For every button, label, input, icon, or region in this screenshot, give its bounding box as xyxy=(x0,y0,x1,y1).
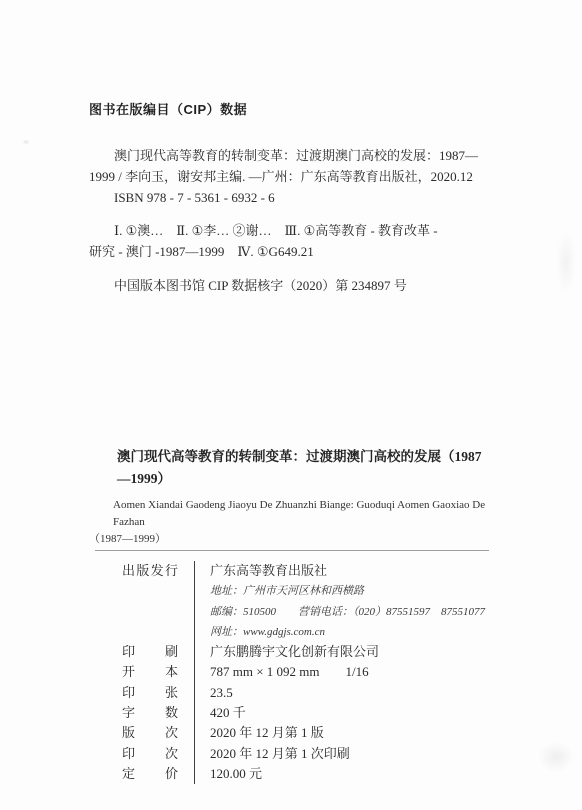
row-label: 印张 xyxy=(122,683,178,703)
book-title-pinyin-line2: （1987—1999） xyxy=(89,531,493,548)
table-row-postcode-phone: 邮编：510500 营销电话：（020）87551597 87551077 xyxy=(122,602,493,622)
book-title-chinese: 澳门现代高等教育的转制变革：过渡期澳门高校的发展（1987—1999） xyxy=(89,446,493,490)
row-value: 120.00 元 xyxy=(195,764,262,784)
row-value: 网址：www.gdgjs.com.cn xyxy=(195,622,325,642)
row-value: 地址：广州市天河区林和西横路 xyxy=(195,581,364,601)
table-row-format: 开本 787 mm × 1 092 mm 1/16 xyxy=(122,662,493,682)
row-label: 开本 xyxy=(122,662,178,682)
row-label: 出版发行 xyxy=(122,561,178,581)
cip-description-line2: 1999 / 李向玉，谢安邦主编. —广州：广东高等教育出版社，2020.12 xyxy=(89,166,493,187)
book-copyright-page: 图书在版编目（CIP）数据 澳门现代高等教育的转制变革：过渡期澳门高校的发展：1… xyxy=(0,0,582,810)
row-label: 印次 xyxy=(122,744,178,764)
row-value: 2020 年 12 月第 1 次印刷 xyxy=(195,744,350,764)
cip-description-line1: 澳门现代高等教育的转制变革：过渡期澳门高校的发展：1987— xyxy=(89,145,493,166)
cip-classification-line1: Ⅰ. ①澳… Ⅱ. ①李… ②谢… Ⅲ. ①高等教育 - 教育改革 - xyxy=(89,220,493,241)
colophon-table: 出版发行 广东高等教育出版社 地址：广州市天河区林和西横路 邮编：510500 … xyxy=(122,561,493,784)
cip-classification-block: Ⅰ. ①澳… Ⅱ. ①李… ②谢… Ⅲ. ①高等教育 - 教育改革 - 研究 -… xyxy=(89,220,493,262)
row-label: 字数 xyxy=(122,703,178,723)
cip-description-block: 澳门现代高等教育的转制变革：过渡期澳门高校的发展：1987— 1999 / 李向… xyxy=(89,145,493,208)
row-value: 广东鹏腾宇文化创新有限公司 xyxy=(195,642,379,662)
separator-rule xyxy=(95,550,489,551)
table-row-edition: 版次 2020 年 12 月第 1 版 xyxy=(122,723,493,743)
row-value: 23.5 xyxy=(195,683,233,703)
table-row-wordcount: 字数 420 千 xyxy=(122,703,493,723)
table-row-sheets: 印张 23.5 xyxy=(122,683,493,703)
cip-header: 图书在版编目（CIP）数据 xyxy=(89,99,493,118)
table-row-price: 定价 120.00 元 xyxy=(122,764,493,784)
row-value: 广东高等教育出版社 xyxy=(195,561,327,581)
cip-record-number: 中国版本图书馆 CIP 数据核字（2020）第 234897 号 xyxy=(89,275,493,296)
book-title-pinyin-line1: Aomen Xiandai Gaodeng Jiaoyu De Zhuanzhi… xyxy=(89,497,493,531)
table-row-address: 地址：广州市天河区林和西横路 xyxy=(122,581,493,601)
table-row-website: 网址：www.gdgjs.com.cn xyxy=(122,622,493,642)
row-label: 定价 xyxy=(122,764,178,784)
cip-classification-line2: 研究 - 澳门 -1987—1999 Ⅳ. ①G649.21 xyxy=(89,241,493,262)
row-value: 邮编：510500 营销电话：（020）87551597 87551077 xyxy=(195,602,485,622)
isbn-line: ISBN 978 - 7 - 5361 - 6932 - 6 xyxy=(89,187,493,208)
table-row-publisher: 出版发行 广东高等教育出版社 xyxy=(122,561,493,581)
row-label: 版次 xyxy=(122,723,178,743)
row-label: 印刷 xyxy=(122,642,178,662)
table-row-printer: 印刷 广东鹏腾宇文化创新有限公司 xyxy=(122,642,493,662)
row-value: 2020 年 12 月第 1 版 xyxy=(195,723,324,743)
row-value: 420 千 xyxy=(195,703,246,723)
row-value: 787 mm × 1 092 mm 1/16 xyxy=(195,662,369,682)
table-row-printing: 印次 2020 年 12 月第 1 次印刷 xyxy=(122,744,493,764)
